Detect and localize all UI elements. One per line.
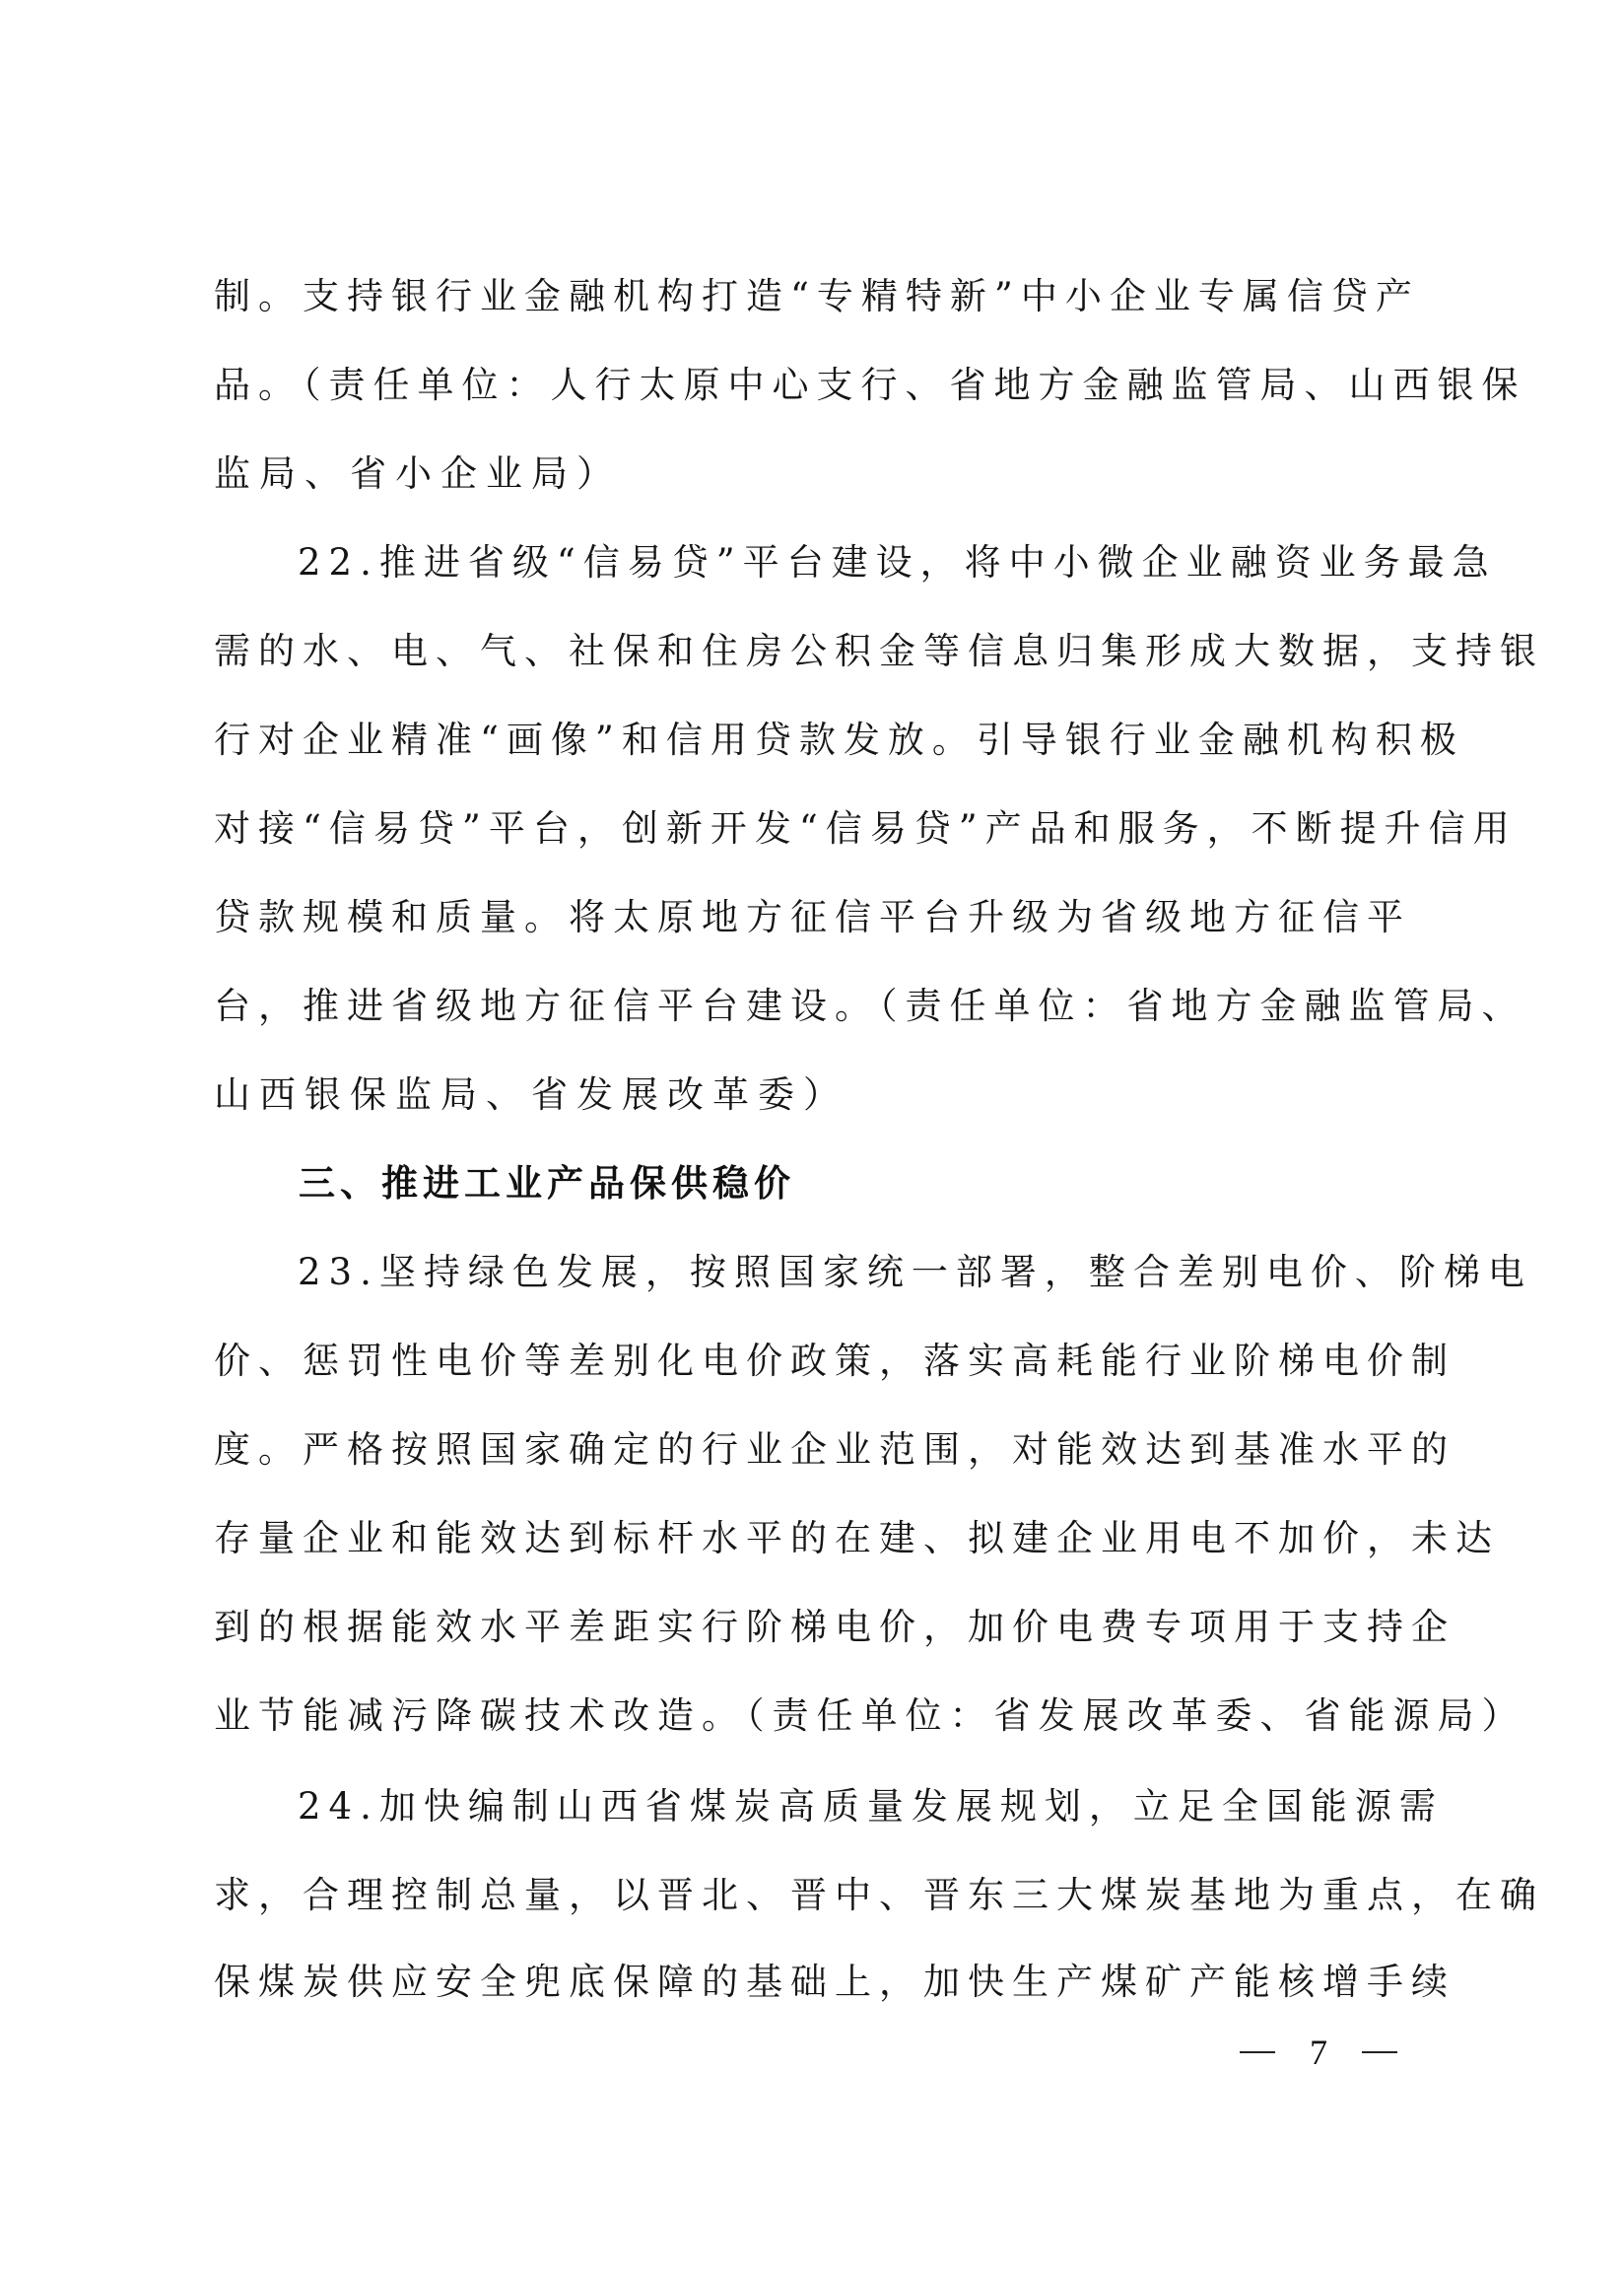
paragraph-line: 业节能减污降碳技术改造。（责任单位：省发展改革委、省能源局）	[214, 1693, 1411, 1739]
page-number-value: 7	[1310, 2031, 1327, 2074]
paragraph-line: 山西银保监局、省发展改革委）	[214, 1072, 1411, 1118]
paragraph-line-item-24: 24.加快编制山西省煤炭高质量发展规划，立足全国能源需	[298, 1784, 1411, 1829]
section-heading: 三、推进工业产品保供稳价	[299, 1161, 795, 1207]
paragraph-line: 保煤炭供应安全兜底保障的基础上，加快生产煤矿产能核增手续	[214, 1960, 1411, 2005]
paragraph-line: 品。（责任单位：人行太原中心支行、省地方金融监管局、山西银保	[214, 363, 1411, 408]
paragraph-line: 贷款规模和质量。将太原地方征信平台升级为省级地方征信平	[214, 895, 1411, 940]
paragraph-line: 度。严格按照国家确定的行业企业范围，对能效达到基准水平的	[214, 1427, 1411, 1473]
dash-left	[1240, 2051, 1275, 2053]
paragraph-line: 台，推进省级地方征信平台建设。（责任单位：省地方金融监管局、	[214, 984, 1411, 1029]
paragraph-line: 到的根据能效水平差距实行阶梯电价，加价电费专项用于支持企	[214, 1605, 1411, 1650]
document-page: 制。支持银行业金融机构打造“专精特新”中小企业专属信贷产 品。（责任单位：人行太…	[0, 0, 1624, 2277]
paragraph-line: 存量企业和能效达到标杆水平的在建、拟建企业用电不加价，未达	[214, 1516, 1411, 1561]
paragraph-line: 监局、省小企业局）	[214, 451, 1411, 497]
paragraph-line: 行对企业精准“画像”和信用贷款发放。引导银行业金融机构积极	[214, 718, 1411, 763]
paragraph-line: 价、惩罚性电价等差别化电价政策，落实高耗能行业阶梯电价制	[214, 1339, 1411, 1384]
dash-right	[1362, 2051, 1397, 2053]
paragraph-line: 制。支持银行业金融机构打造“专精特新”中小企业专属信贷产	[214, 274, 1411, 319]
paragraph-line-item-22: 22.推进省级“信易贷”平台建设，将中小微企业融资业务最急	[298, 540, 1411, 586]
page-number: 7	[1240, 2031, 1397, 2074]
paragraph-line: 对接“信易贷”平台，创新开发“信易贷”产品和服务，不断提升信用	[214, 806, 1411, 852]
paragraph-line-item-23: 23.坚持绿色发展，按照国家统一部署，整合差别电价、阶梯电	[298, 1250, 1411, 1295]
paragraph-line: 需的水、电、气、社保和住房公积金等信息归集形成大数据，支持银	[214, 629, 1411, 674]
paragraph-line: 求，合理控制总量，以晋北、晋中、晋东三大煤炭基地为重点，在确	[214, 1873, 1411, 1918]
